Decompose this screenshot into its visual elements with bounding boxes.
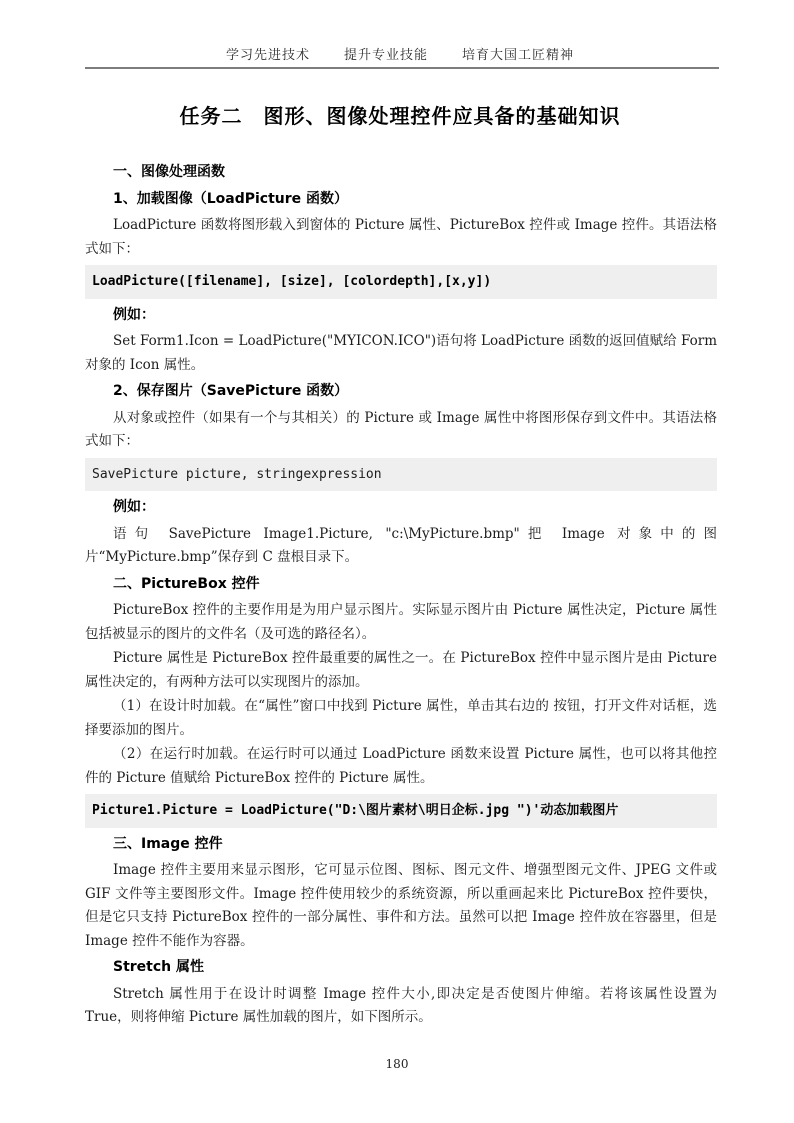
code-block: SavePicture picture, stringexpression [85,458,717,492]
section-heading: 三、Image 控件 [85,833,717,857]
paragraph: 语句 SavePicture Image1.Picture, "c:\MyPic… [85,523,717,570]
code-block: Picture1.Picture = LoadPicture("D:\图片素材\… [85,794,717,828]
example-label: 例如： [85,304,717,328]
header-slogan-3: 培育大国工匠精神 [462,44,574,63]
page-number: 180 [0,1057,794,1071]
paragraph: Image 控件主要用来显示图形，它可显示位图、图标、图元文件、增强型图元文件、… [85,859,717,953]
document-page: 学习先进技术 提升专业技能 培育大国工匠精神 任务二 图形、图像处理控件应具备的… [0,0,794,1123]
paragraph: Stretch 属性用于在设计时调整 Image 控件大小,即决定是否使图片伸缩… [85,983,717,1030]
section-heading: 二、PictureBox 控件 [85,573,717,597]
paragraph: PictureBox 控件的主要作用是为用户显示图片。实际显示图片由 Pictu… [85,599,717,646]
paragraph: （2）在运行时加载。在运行时可以通过 LoadPicture 函数来设置 Pic… [85,743,717,790]
code-block: LoadPicture([filename], [size], [colorde… [85,265,717,299]
document-body: 一、图像处理函数 1、加载图像（LoadPicture 函数） LoadPict… [85,158,717,1031]
subsection-heading: 1、加载图像（LoadPicture 函数） [85,188,717,212]
property-heading: Stretch 属性 [85,956,717,980]
paragraph: Picture 属性是 PictureBox 控件最重要的属性之一。在 Pict… [85,647,717,694]
paragraph: 从对象或控件（如果有一个与其相关）的 Picture 或 Image 属性中将图… [85,407,717,454]
header-divider [85,67,719,69]
header-slogan-2: 提升专业技能 [344,44,428,63]
paragraph: LoadPicture 函数将图形载入到窗体的 Picture 属性、Pictu… [85,214,717,261]
page-header: 学习先进技术 提升专业技能 培育大国工匠精神 [85,44,715,63]
subsection-heading: 2、保存图片（SavePicture 函数） [85,380,717,404]
paragraph: （1）在设计时加载。在“属性”窗口中找到 Picture 属性，单击其右边的 按… [85,695,717,742]
example-label: 例如： [85,496,717,520]
header-slogan-1: 学习先进技术 [226,44,310,63]
page-title: 任务二 图形、图像处理控件应具备的基础知识 [85,100,715,129]
paragraph: Set Form1.Icon = LoadPicture("MYICON.ICO… [85,330,717,377]
section-heading: 一、图像处理函数 [85,161,717,185]
